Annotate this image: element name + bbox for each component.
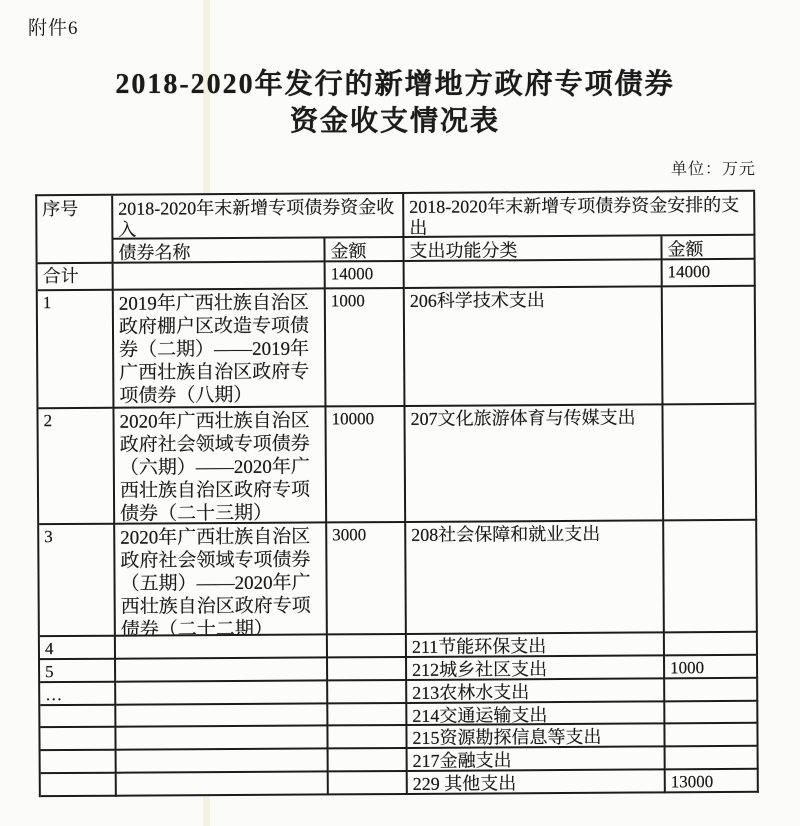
income-amount-header: 金额	[325, 238, 404, 262]
tail-row-expense-category: 229 其他支出	[408, 771, 666, 795]
tail-row-seq: …	[40, 682, 116, 705]
row-expense-amount	[663, 287, 757, 406]
tail-row-bond-name	[117, 773, 329, 797]
tail-row-expense-amount	[665, 701, 758, 724]
tail-row-expense-amount	[665, 724, 758, 747]
row-income-amount: 1000	[326, 289, 406, 407]
tail-row-bond-name	[116, 635, 328, 659]
expense-amount-header: 金额	[662, 236, 755, 261]
tail-row-expense-category: 214交通运输支出	[407, 702, 665, 726]
tail-row-bond-name	[116, 658, 328, 682]
tail-row-income-amount	[329, 772, 408, 795]
title-line-1: 2018-2020年发行的新增地方政府专项债券	[0, 66, 790, 103]
tail-row-expense-category: 213农林水支出	[407, 679, 665, 703]
tail-row-income-amount	[328, 635, 407, 658]
row-income-amount: 10000	[326, 407, 406, 523]
tail-row-seq	[40, 728, 116, 751]
tail-row-income-amount	[328, 726, 407, 749]
total-income-amount: 14000	[326, 262, 405, 289]
row-bond-name: 2020年广西壮族自治区政府社会领域专项债券（五期）——2020年广西壮族自治区…	[115, 523, 328, 636]
tail-row-income-amount	[328, 658, 407, 681]
row-expense-amount	[663, 405, 757, 522]
tail-row-expense-category: 217金融支出	[408, 748, 666, 772]
tail-row-income-amount	[329, 749, 408, 772]
row-expense-category: 207文化旅游体育与传媒支出	[405, 405, 664, 523]
tail-row-bond-name	[117, 750, 329, 774]
tail-row-seq: 4	[40, 637, 116, 660]
row-bond-name: 2019年广西壮族自治区政府棚户区改造专项债券（二期）——2019年广西壮族自治…	[114, 289, 327, 408]
tail-row-income-amount	[328, 704, 407, 727]
attachment-label: 附件6	[28, 13, 79, 40]
title-line-2: 资金收支情况表	[0, 103, 790, 140]
tail-row-seq	[41, 774, 117, 797]
expense-category-header: 支出功能分类	[404, 236, 662, 262]
tail-row-expense-category: 211节能环保支出	[407, 633, 665, 657]
unit-label: 单位：万元	[0, 156, 756, 179]
row-income-amount: 3000	[327, 523, 407, 635]
tail-row-bond-name	[116, 681, 328, 705]
tail-row-expense-amount	[665, 679, 758, 702]
income-group-header: 2018-2020年末新增专项债券资金收入	[113, 194, 404, 240]
tail-row-seq	[41, 751, 117, 774]
seq-column-header: 序号	[37, 196, 113, 264]
tail-row-seq: 5	[40, 660, 116, 683]
tail-row-bond-name	[116, 704, 328, 728]
row-expense-category: 208社会保障和就业支出	[406, 521, 665, 635]
row-expense-amount	[664, 521, 758, 634]
total-expense-category-cell	[405, 260, 663, 289]
total-expense-amount: 14000	[663, 260, 756, 288]
row-seq: 3	[39, 525, 116, 637]
document-title: 2018-2020年发行的新增地方政府专项债券 资金收支情况表	[0, 66, 790, 140]
row-bond-name: 2020年广西壮族自治区政府社会领域专项债券（六期）——2020年广西壮族自治区…	[114, 407, 327, 524]
total-row-label: 合计	[38, 264, 114, 291]
tail-row-expense-amount	[665, 633, 758, 656]
row-seq: 2	[38, 409, 115, 525]
tail-row-seq	[40, 705, 116, 728]
expense-group-header: 2018-2020年末新增专项债券资金安排的支出	[404, 192, 755, 238]
tail-row-expense-category: 215资源勘探信息等支出	[407, 725, 665, 749]
tail-row-expense-category: 212城乡社区支出	[407, 656, 665, 680]
row-seq: 1	[38, 291, 115, 409]
tail-row-bond-name	[116, 727, 328, 751]
bond-name-header: 债券名称	[113, 238, 325, 263]
bond-funds-table: 序号 2018-2020年末新增专项债券资金收入 2018-2020年末新增专项…	[35, 190, 759, 797]
row-expense-category: 206科学技术支出	[405, 287, 664, 407]
tail-row-expense-amount	[666, 747, 759, 770]
total-bond-name-cell	[114, 262, 326, 290]
tail-row-expense-amount: 13000	[666, 770, 759, 793]
tail-row-income-amount	[328, 681, 407, 704]
scanned-document-page: 附件6 2018-2020年发行的新增地方政府专项债券 资金收支情况表 单位：万…	[0, 0, 800, 826]
tail-row-expense-amount: 1000	[665, 656, 758, 679]
